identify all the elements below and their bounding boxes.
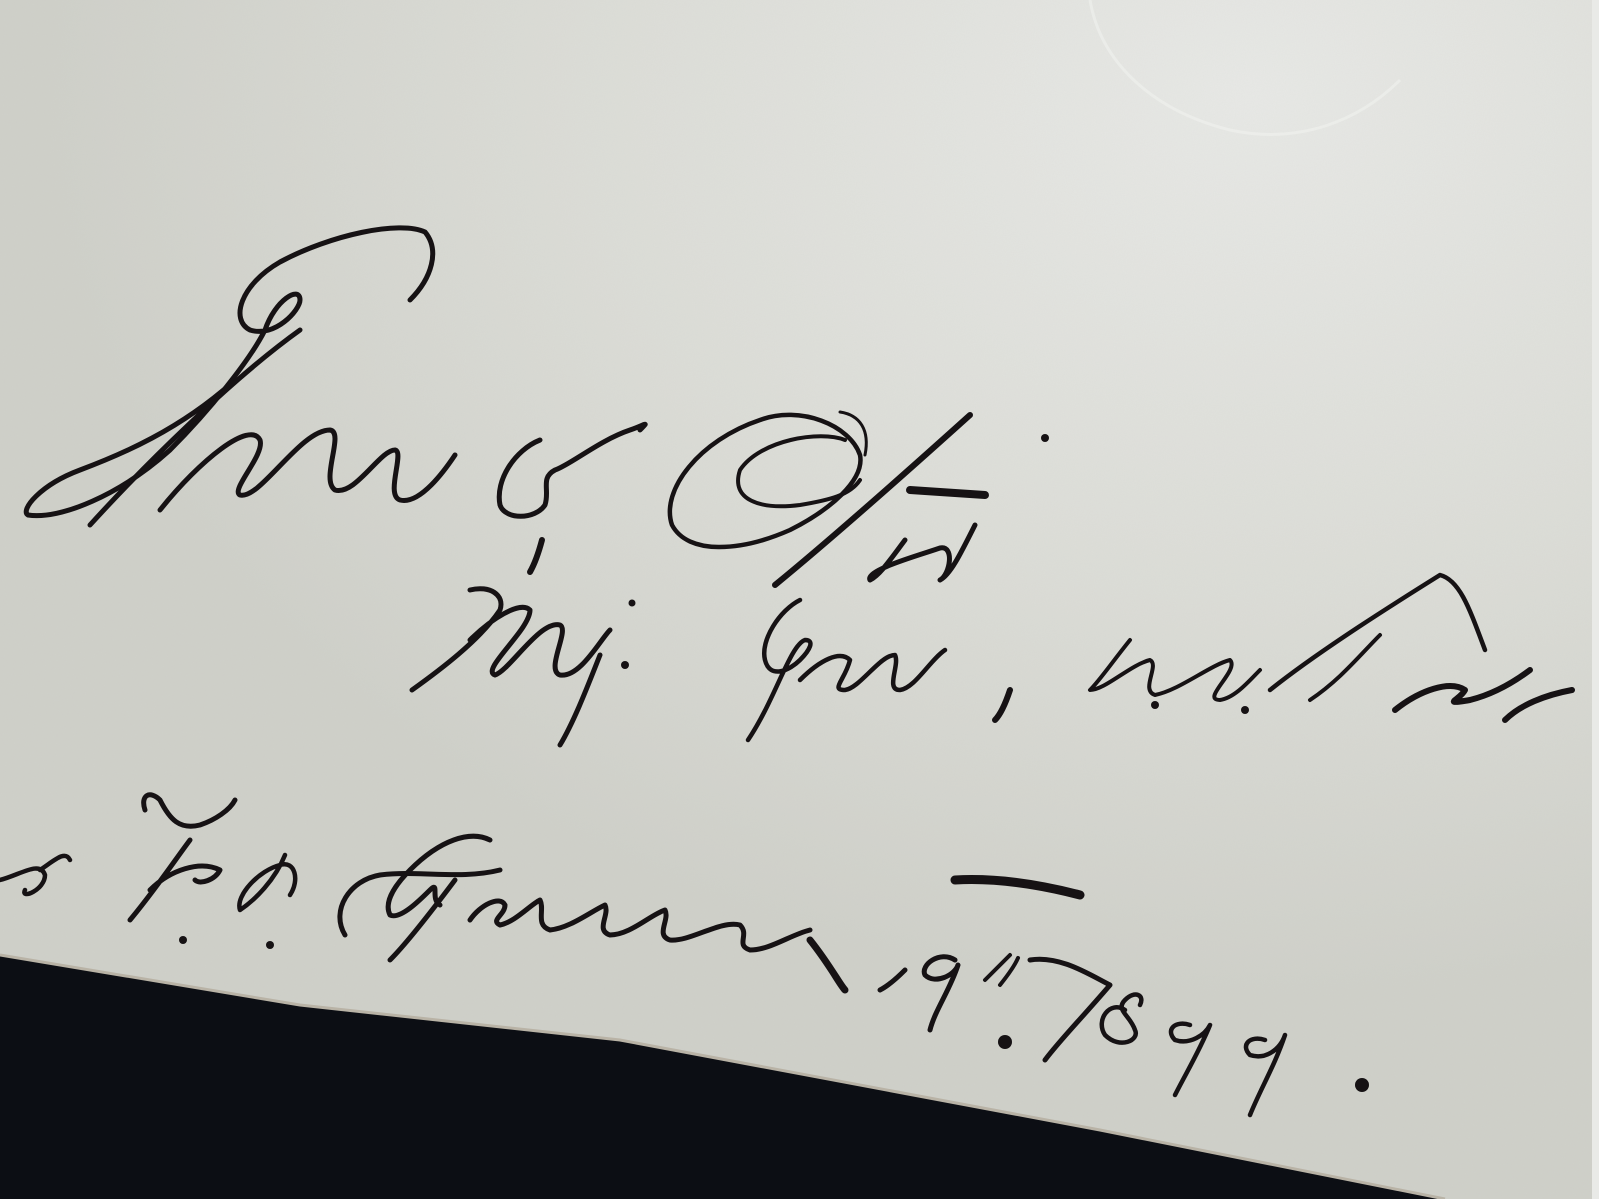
- photo-stage: Elwell S. Otis Maj. Genl. U.S. Vols. …la…: [0, 0, 1599, 1199]
- rank-line: [412, 575, 1572, 745]
- handwriting-ink: [0, 0, 1599, 1199]
- place-date-line: [0, 795, 1369, 1115]
- signature-elwell-s-otis: [26, 228, 1049, 585]
